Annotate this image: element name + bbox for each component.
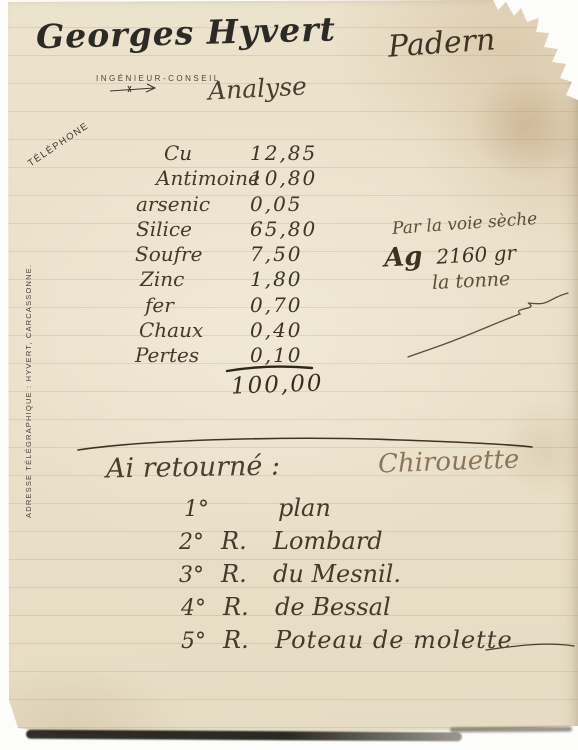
list-item: 1°plan	[184, 494, 331, 522]
element-value: 0,40	[250, 318, 328, 342]
element-value: 10,80	[250, 166, 328, 190]
element-label: Zinc	[140, 267, 184, 291]
scanned-document: Georges Hyvert INGÉNIEUR-CONSEIL TÉLÉPHO…	[0, 0, 578, 750]
analysis-heading: Analyse	[207, 71, 307, 105]
list-item: 4°R.de Bessal	[181, 593, 391, 621]
table-row: fer 0,70	[132, 293, 332, 318]
item-number: 3°	[179, 563, 221, 588]
letterhead-title: INGÉNIEUR-CONSEIL	[96, 74, 221, 83]
element-value: 12,85	[250, 141, 328, 165]
list-item: 3°R.du Mesnil.	[179, 560, 401, 588]
element-value: 1,80	[250, 267, 328, 291]
analysis-table: Cu 12,85 Antimoine 10,80 arsenic 0,05 Si…	[132, 141, 332, 369]
analysis-total: 100,00	[231, 370, 324, 399]
signature-flourish	[408, 293, 568, 357]
assay-method-note: Par la voie sèche	[391, 209, 537, 239]
item-number: 4°	[181, 596, 223, 621]
element-label: arsenic	[136, 192, 210, 216]
item-prefix: R.	[221, 560, 273, 588]
element-label: Soufre	[135, 242, 202, 266]
returned-intro: Ai retourné :	[106, 450, 281, 484]
list-item: 5°R.Poteau de molette	[181, 626, 513, 654]
table-row: Zinc 1,80	[132, 267, 332, 292]
element-label: Chaux	[139, 318, 203, 342]
silver-symbol: Ag	[383, 241, 423, 273]
letterhead-name: Georges Hyvert	[36, 11, 287, 57]
item-number: 1°	[184, 497, 226, 522]
item-text: de Bessal	[275, 593, 391, 621]
element-value: 0,70	[250, 293, 328, 317]
element-label: Antimoine	[156, 166, 260, 190]
table-row: Soufre 7,50	[132, 242, 332, 267]
letterhead-ornament-icon	[110, 84, 155, 92]
element-label: fer	[145, 293, 174, 317]
item-text: Lombard	[273, 527, 383, 555]
paper-sheet: Georges Hyvert INGÉNIEUR-CONSEIL TÉLÉPHO…	[0, 0, 578, 750]
tear-stain	[470, 70, 578, 180]
item-text: Poteau de molette	[275, 626, 513, 654]
element-label: Cu	[164, 141, 192, 165]
item-number: 5°	[181, 629, 223, 654]
table-row: Cu 12,85	[132, 141, 332, 166]
table-row: arsenic 0,05	[132, 192, 332, 217]
element-label: Pertes	[135, 343, 199, 367]
item-prefix: R.	[223, 593, 275, 621]
element-value: 7,50	[250, 242, 328, 266]
item-number: 2°	[179, 530, 221, 555]
element-value: 0,05	[250, 192, 328, 216]
telegraph-address: ADRESSE TÉLÉGRAPHIQUE : HYVERT, CARCASSO…	[24, 278, 38, 518]
table-row: Antimoine 10,80	[132, 166, 332, 191]
returned-subject: Chirouette	[378, 445, 520, 480]
telephone-label: TÉLÉPHONE	[26, 120, 91, 169]
paper-shadow-right	[450, 727, 572, 733]
silver-amount: 2160 gr	[436, 241, 517, 269]
table-row: Pertes 0,10	[132, 343, 332, 368]
item-prefix: R.	[221, 527, 273, 555]
item-text: du Mesnil.	[273, 560, 401, 588]
item-text: plan	[278, 494, 331, 522]
per-tonne-note: la tonne	[431, 268, 510, 294]
element-label: Silice	[136, 217, 192, 241]
item-prefix: R.	[223, 626, 275, 654]
table-row: Chaux 0,40	[132, 318, 332, 343]
element-value: 65,80	[250, 217, 328, 241]
location-note: Padern	[387, 22, 497, 64]
list-item: 2°R.Lombard	[179, 527, 383, 555]
element-value: 0,10	[250, 343, 328, 367]
table-row: Silice 65,80	[132, 217, 332, 242]
paper-shadow	[26, 730, 462, 742]
